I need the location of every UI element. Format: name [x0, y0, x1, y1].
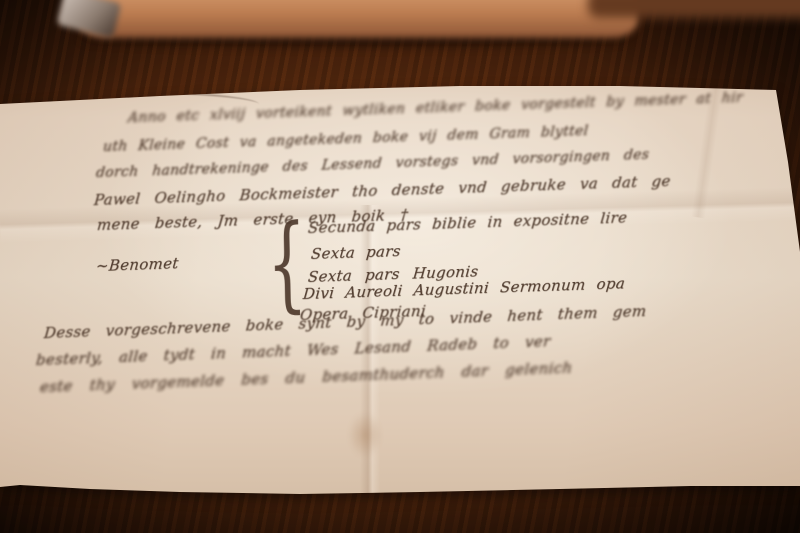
list-item-2: Sexta pars: [310, 242, 401, 263]
list-label-text: Benomet: [108, 254, 179, 274]
paper-stain: [348, 412, 382, 458]
photo-of-manuscript-on-table: Anno etc xlviij vorteikent wytliken etli…: [0, 0, 800, 533]
list-label: ∼Benomet: [95, 254, 179, 275]
